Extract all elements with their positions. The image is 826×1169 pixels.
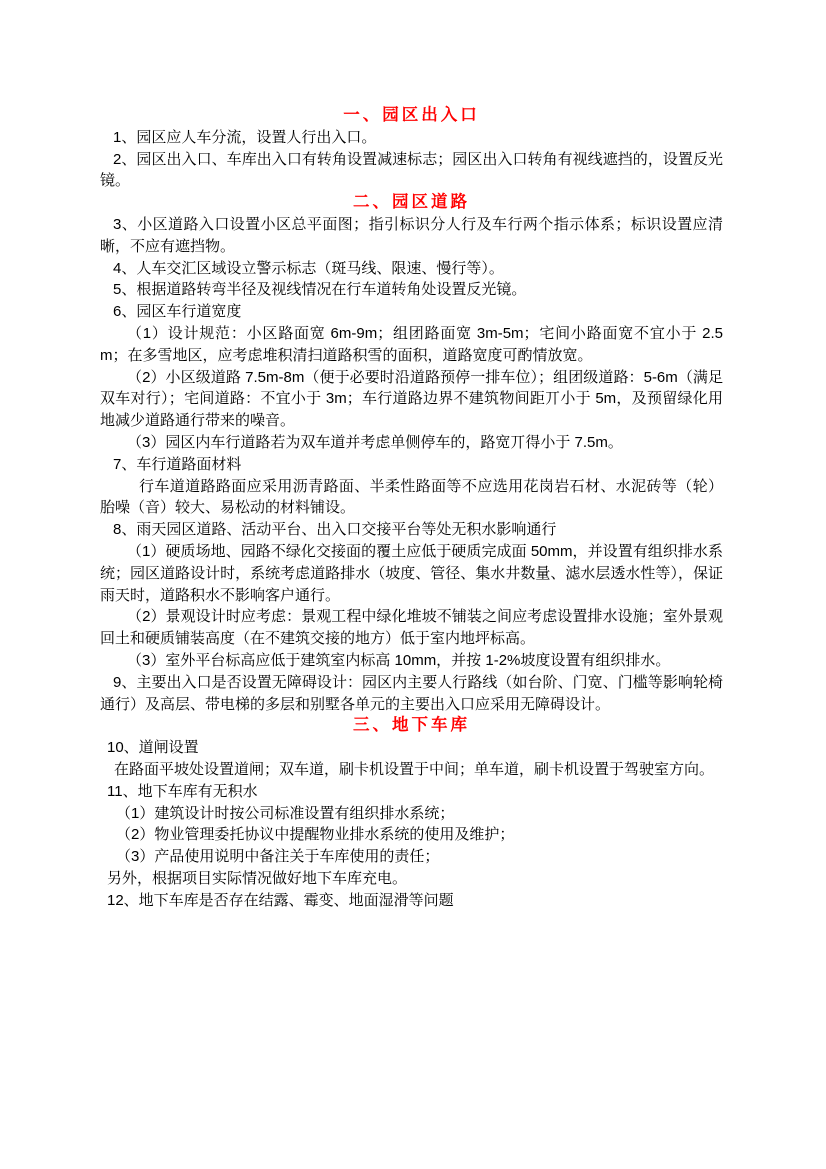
item-9: 9、主要出入口是否设置无障碍设计：园区内主要人行路线（如台阶、门宽、门槛等影响轮… bbox=[100, 672, 723, 716]
item-11-note: 另外，根据项目实际情况做好地下车库充电。 bbox=[100, 868, 723, 890]
item-7-detail: 行车道道路路面应采用沥青路面、半柔性路面等不应选用花岗岩石材、水泥砖等（轮）胎噪… bbox=[100, 476, 723, 520]
document-page: 一、园区出入口 1、园区应人车分流，设置人行出入口。 2、园区出入口、车库出入口… bbox=[0, 0, 826, 1169]
item-8-sub-1: （1）硬质场地、园路不绿化交接面的覆土应低于硬质完成面 50mm，并设置有组织排… bbox=[100, 541, 723, 606]
item-2: 2、园区出入口、车库出入口有转角设置减速标志；园区出入口转角有视线遮挡的，设置反… bbox=[100, 149, 723, 193]
item-11-sub-1: （1）建筑设计时按公司标准设置有组织排水系统； bbox=[100, 803, 723, 825]
item-6-sub-2: （2）小区级道路 7.5m-8m（便于必要时沿道路预停一排车位）；组团级道路：5… bbox=[100, 367, 723, 432]
item-4: 4、人车交汇区域设立警示标志（斑马线、限速、慢行等）。 bbox=[100, 258, 723, 280]
item-10: 10、道闸设置 bbox=[100, 737, 723, 759]
item-8-sub-2: （2）景观设计时应考虑：景观工程中绿化堆坡不铺装之间应考虑设置排水设施；室外景观… bbox=[100, 606, 723, 650]
item-11-sub-2: （2）物业管理委托协议中提醒物业排水系统的使用及维护； bbox=[100, 824, 723, 846]
item-6-sub-3: （3）园区内车行道路若为双车道并考虑单侧停车的，路宽丌得小于 7.5m。 bbox=[100, 432, 723, 454]
item-11: 11、地下车库有无积水 bbox=[100, 781, 723, 803]
item-8-sub-3: （3）室外平台标高应低于建筑室内标高 10mm，并按 1-2%坡度设置有组织排水… bbox=[100, 650, 723, 672]
item-3: 3、小区道路入口设置小区总平面图；指引标识分人行及车行两个指示体系；标识设置应清… bbox=[100, 214, 723, 258]
item-8: 8、雨天园区道路、活动平台、出入口交接平台等处无积水影响通行 bbox=[100, 519, 723, 541]
section-heading-park-roads: 二、园区道路 bbox=[100, 192, 723, 214]
item-7: 7、车行道路面材料 bbox=[100, 454, 723, 476]
section-heading-park-entrances: 一、园区出入口 bbox=[100, 105, 723, 127]
section-heading-underground-garage: 三、地下车库 bbox=[100, 715, 723, 737]
item-5: 5、根据道路转弯半径及视线情况在行车道转角处设置反光镜。 bbox=[100, 279, 723, 301]
item-1: 1、园区应人车分流，设置人行出入口。 bbox=[100, 127, 723, 149]
item-6: 6、园区车行道宽度 bbox=[100, 301, 723, 323]
item-6-sub-1: （1）设计规范：小区路面宽 6m-9m；组团路面宽 3m-5m；宅间小路面宽不宜… bbox=[100, 323, 723, 367]
item-10-detail: 在路面平坡处设置道闸；双车道，刷卡机设置于中间；单车道，刷卡机设置于驾驶室方向。 bbox=[100, 759, 723, 781]
item-11-sub-3: （3）产品使用说明中备注关于车库使用的责任； bbox=[100, 846, 723, 868]
item-12: 12、地下车库是否存在结露、霉变、地面湿滑等问题 bbox=[100, 890, 723, 912]
